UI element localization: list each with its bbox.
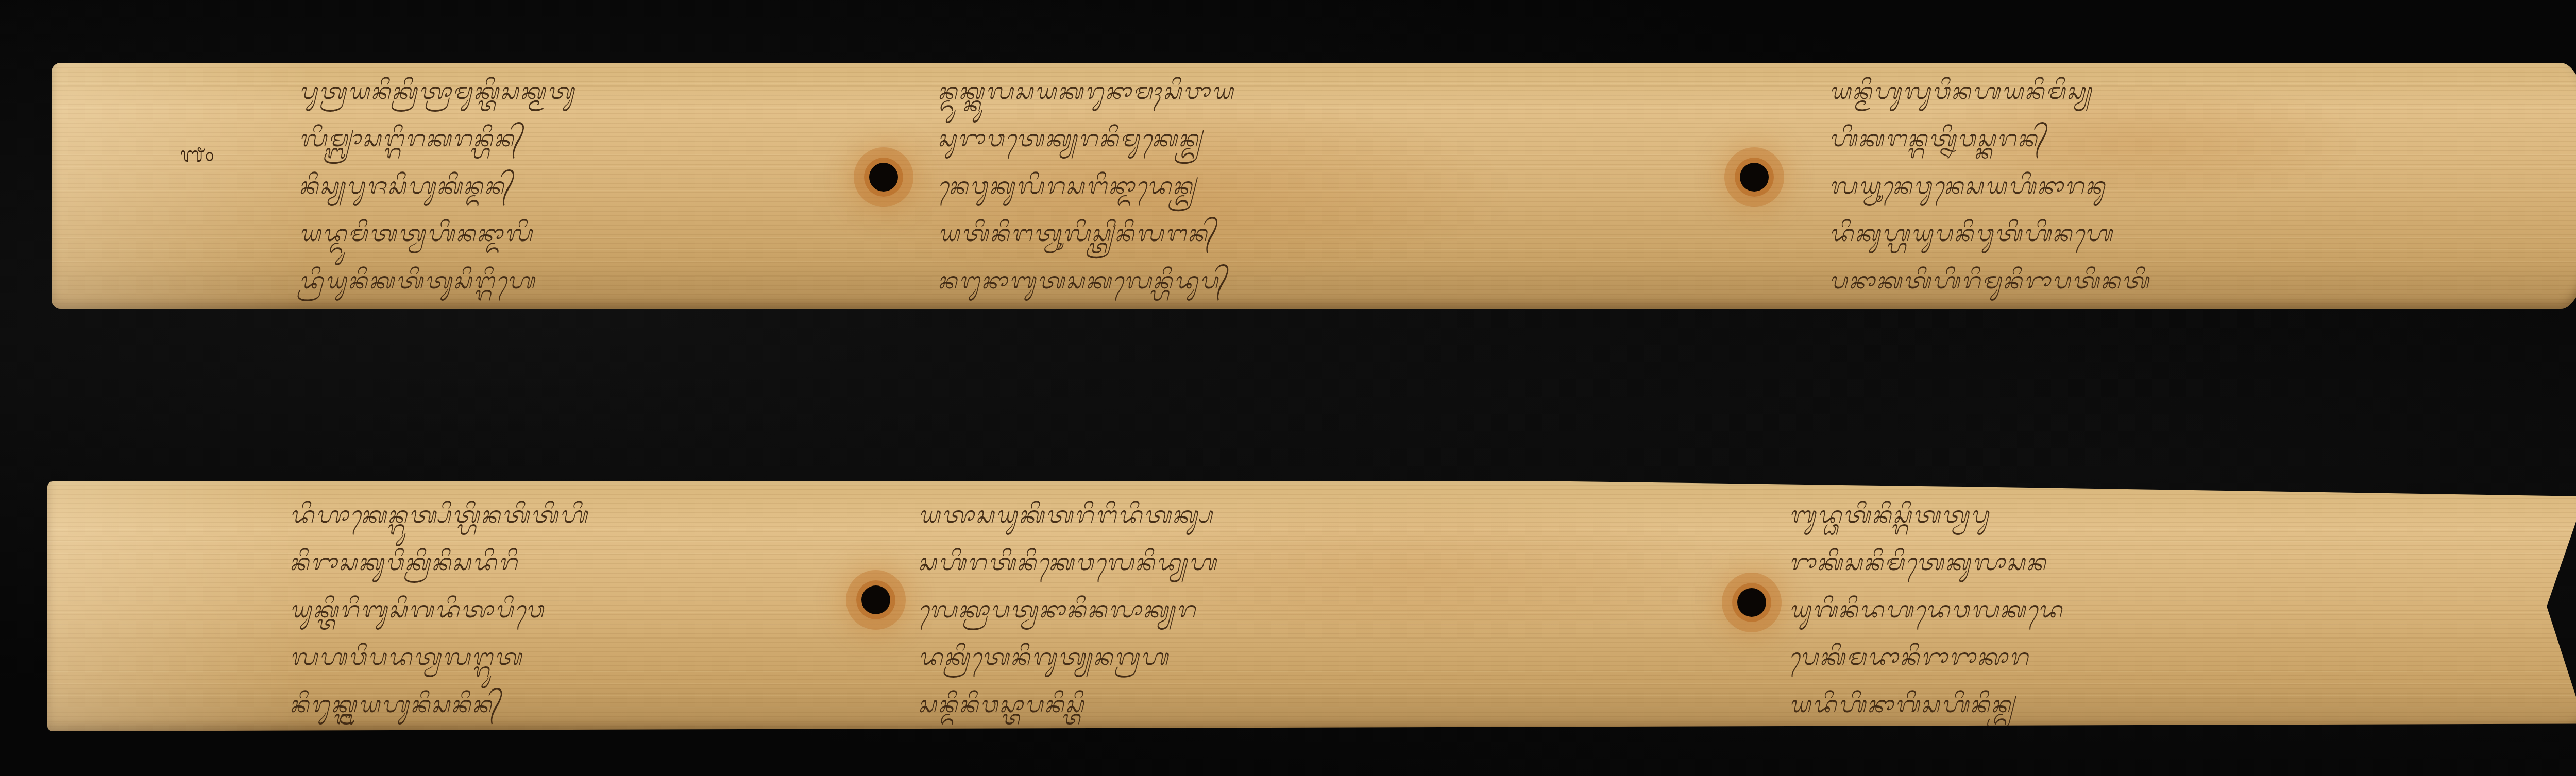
script-line: ᬤᬶᬓᬸᬳ᭄ᬳᬬᬸᬧᬦᬶᬯᬸᬢᬶᬳᬶᬦᬳᬾ bbox=[1829, 210, 2150, 257]
script-line: ᬤᬶᬳᬵᬓᬾᬦ᭄ᬕᬸᬢ᭄ᬧᬶᬢ᭄ᬳᬶᬦᬢᬶᬢᬶᬳᬶ bbox=[290, 492, 588, 539]
script-line: ᬬᬢᬵᬲᬬᬸᬓᬶᬢᬭᬶᬗᬶᬤᬶᬢᬓ᭄ᬲ bbox=[918, 492, 1218, 539]
script-line: ᬲᬳᬶᬭᬢᬶᬦᬶᬓᬾᬯᬮᬾᬦᬶᬤ᭄ᬬᬳ bbox=[918, 539, 1218, 587]
text-column-left: ᬤᬶᬳᬵᬓᬾᬦ᭄ᬕᬸᬢ᭄ᬧᬶᬢ᭄ᬳᬶᬦᬢᬶᬢᬶᬳᬶ ᬦᬶᬭᬵᬲᬓᬸᬯᬶᬓ᭄ᬭᬶᬦ… bbox=[290, 492, 588, 729]
text-column-middle: ᬦ᭄ᬤᬸᬓ᭄ᬓᬸᬮᬲᬬᬓᬭᬸᬦᬵᬫᬄᬲᬶᬯᬵᬬ ᬲᬸᬭᬵᬯᬢᬾᬓ᭄ᬬᬭᬦᬶᬫᬸᬓ… bbox=[938, 68, 1234, 305]
script-line: ᬮᬳᬯᬶᬧᬤᬢ᭄ᬯᬮᬗ᭄ᬕᬸᬢ bbox=[290, 634, 588, 681]
script-line: ᬦᬗᬸᬦᬵᬩᬸᬢᬲᬓᬮᬾᬦ᭄ᬳᬶᬤᬸᬧ᭄ bbox=[938, 257, 1234, 305]
script-line: ᬬᬤᬶᬳᬶᬦᬵᬕᬶᬲᬳᬶᬦᬶᬦ᭄ᬤ᭄ᬭ bbox=[1789, 681, 2063, 729]
script-line: ᬦ᭄ᬤᬸᬓ᭄ᬓᬸᬮᬲᬬᬓᬭᬸᬦᬵᬫᬄᬲᬶᬯᬵᬬ bbox=[938, 68, 1234, 115]
palm-leaf-folio-bottom: ᬤᬶᬳᬵᬓᬾᬦ᭄ᬕᬸᬢ᭄ᬧᬶᬢ᭄ᬳᬶᬦᬢᬶᬢᬶᬳᬶ ᬦᬶᬭᬵᬲᬓᬸᬯᬶᬓ᭄ᬭᬶᬦ… bbox=[47, 481, 2576, 731]
binding-hole-right bbox=[1737, 588, 1766, 617]
script-line: ᬭᬵᬓᬶᬲᬦᬶᬫᬶᬢᬾᬓᬸᬮᬵᬲᬦ bbox=[1789, 539, 2063, 587]
palm-leaf-folio-top: ᭑᭐ ᬧᬸᬢ᭄ᬭᬬᬦᬶᬓ᭄ᬭᬶᬢ᭄ᬭᬵᬫᬸᬓ᭄ᬢᬶᬲᬓ᭄ᬫ᭄ᬫᬢᬸ ᬮᬶᬫ᭄ᬩ᭄… bbox=[52, 63, 2576, 309]
text-column-right: ᬩᬸᬤ᭄ᬥᬢᬶᬦᬶᬲ᭄ᬕᬶᬢᬢ᭄ᬯᬧᬸ ᬭᬵᬓᬶᬲᬦᬶᬫᬶᬢᬾᬓᬸᬮᬵᬲᬦ ᬬᬸ… bbox=[1789, 492, 2063, 729]
script-line: ᬦᬶᬭᬸᬓ᭄ᬫ᭄ᬩᬬᬳᬸᬦᬶᬲᬦᬶᬦ᭄ bbox=[290, 681, 588, 729]
script-line: ᬦᬾᬯᬸᬓᬸᬮᬶᬭᬲᬗᬶᬦ᭄ᬤᬵᬤᬾᬦ᭄ᬤ᭄ᬭ bbox=[938, 163, 1234, 210]
folio-number: ᭑᭐ bbox=[180, 140, 214, 177]
script-line: ᬩᬸᬤ᭄ᬥᬢᬶᬦᬶᬲ᭄ᬕᬶᬢᬢ᭄ᬯᬧᬸ bbox=[1789, 492, 2063, 539]
script-line: ᬲᬸᬭᬵᬯᬢᬾᬓ᭄ᬬᬭᬦᬶᬫᬸᬓᬾᬦ᭄ᬤ᭄ᬭ bbox=[938, 115, 1234, 163]
script-line: ᬤ᭄ᬭᬶᬬᬸᬦᬶᬓᬢᬶᬢᬸᬲᬶᬗ᭄ᬕᬶᬳᬾ bbox=[299, 257, 575, 305]
script-line: ᬦᬶᬭᬵᬲᬓᬸᬯᬶᬓ᭄ᬭᬶᬦᬶᬲᬤᬶᬭᬶ bbox=[290, 539, 588, 587]
text-column-middle: ᬬᬢᬵᬲᬬᬸᬓᬶᬢᬭᬶᬗᬶᬤᬶᬢᬓ᭄ᬲ ᬲᬳᬶᬭᬢᬶᬦᬶᬓᬾᬯᬮᬾᬦᬶᬤ᭄ᬬᬳ … bbox=[918, 492, 1218, 729]
script-line: ᬦᬶᬲ᭄ᬬᬧᬸᬚᬲᬶᬳᬸᬓᬶᬦ᭄ᬤᬦ᭄ bbox=[299, 163, 575, 210]
script-line: ᬧᬸᬢ᭄ᬭᬬᬦᬶᬓ᭄ᬭᬶᬢ᭄ᬭᬵᬫᬸᬓ᭄ᬢᬶᬲᬓ᭄ᬫ᭄ᬫᬢᬸ bbox=[299, 68, 575, 115]
text-column-left: ᬧᬸᬢ᭄ᬭᬬᬦᬶᬓ᭄ᬭᬶᬢ᭄ᬭᬵᬫᬸᬓ᭄ᬢᬶᬲᬓ᭄ᬫ᭄ᬫᬢᬸ ᬮᬶᬫ᭄ᬩ᭄ᬭᬵᬲ… bbox=[299, 68, 575, 305]
script-line: ᬤᬓ᭄ᬭᬶᬢᬾᬦᬶᬕᬸᬢ᭄ᬬᬦᬕ᭄ᬭᬳ bbox=[918, 634, 1218, 681]
script-line: ᬮᬶᬫ᭄ᬩ᭄ᬭᬵᬲᬗ᭄ᬕᬶᬭᬓᬭᬦ᭄ᬳᬶᬦ᭄ bbox=[299, 115, 575, 163]
binding-hole-right bbox=[1740, 163, 1769, 192]
script-line: ᬮᬾᬓ᭄ᬭᬵᬧᬢ᭄ᬯᬦᬵᬦᬶᬦᬮᬵᬓ᭄ᬬᬭ bbox=[918, 587, 1218, 634]
binding-hole-left bbox=[861, 585, 890, 614]
binding-hole-left bbox=[869, 163, 898, 192]
script-line: ᬬᬤ᭄ᬤᬸᬫᬶᬢᬢ᭄ᬯᬳᬶᬦᬦ᭄ᬤᬵᬮᬶ bbox=[299, 210, 575, 257]
script-line: ᬬᬸᬕᬶᬦᬶᬤᬳᬤᬾᬯᬮᬓᬤᬾ bbox=[1789, 587, 2063, 634]
script-line: ᬳᬶᬓᬗᬦ᭄ᬕᬢ᭄ᬦᬶᬯᬲ᭄ᬓᬭᬦ᭄ bbox=[1829, 115, 2150, 163]
leaf-highlight bbox=[47, 481, 305, 731]
script-line: ᬬᬢᬶᬦᬶᬗᬢ᭄ᬯᬸᬮᬶᬲ᭄ᬢ᭄ᬭᬶᬦᬶᬮᬗᬦ᭄ bbox=[938, 210, 1234, 257]
leaf-highlight bbox=[52, 63, 309, 309]
script-line: ᬬᬦ᭄ᬫᬶᬳᬸᬮᬸᬯᬶᬦᬳᬬᬦᬶᬫᬶᬲ᭄ᬬ bbox=[1829, 68, 2150, 115]
script-line: ᬮᬬ᭄ᬯᬸᬦᬾᬯᬸᬦᬾᬲᬬᬳᬶᬦᬵᬭᬦᬸ bbox=[1829, 163, 2150, 210]
script-line: ᬲᬦ᭄ᬤᬶᬦᬶᬯᬲ᭄ᬢᬵᬧᬦᬶᬲ᭄ᬢᬶ bbox=[918, 681, 1218, 729]
script-line: ᬧᬾᬓᬶᬫᬤᬵᬦᬶᬭᬵᬭᬵᬓᬵᬭ bbox=[1789, 634, 2063, 681]
text-column-right: ᬬᬦ᭄ᬫᬶᬳᬸᬮᬸᬯᬶᬦᬳᬬᬦᬶᬫᬶᬲ᭄ᬬ ᬳᬶᬓᬗᬦ᭄ᬕᬢ᭄ᬦᬶᬯᬲ᭄ᬓᬭᬦ᭄… bbox=[1829, 68, 2150, 305]
script-line: ᬧᬦᬵᬓᬢᬶᬳᬶᬭᬶᬫᬸᬦᬶᬭᬵᬧᬢᬶᬦᬢᬶ bbox=[1829, 257, 2150, 305]
script-line: ᬬᬸᬓ᭄ᬢᬶᬭᬶᬩᬸᬲᬶᬕᬤᬶᬢᬵᬧᬶᬯᬾ bbox=[290, 587, 588, 634]
